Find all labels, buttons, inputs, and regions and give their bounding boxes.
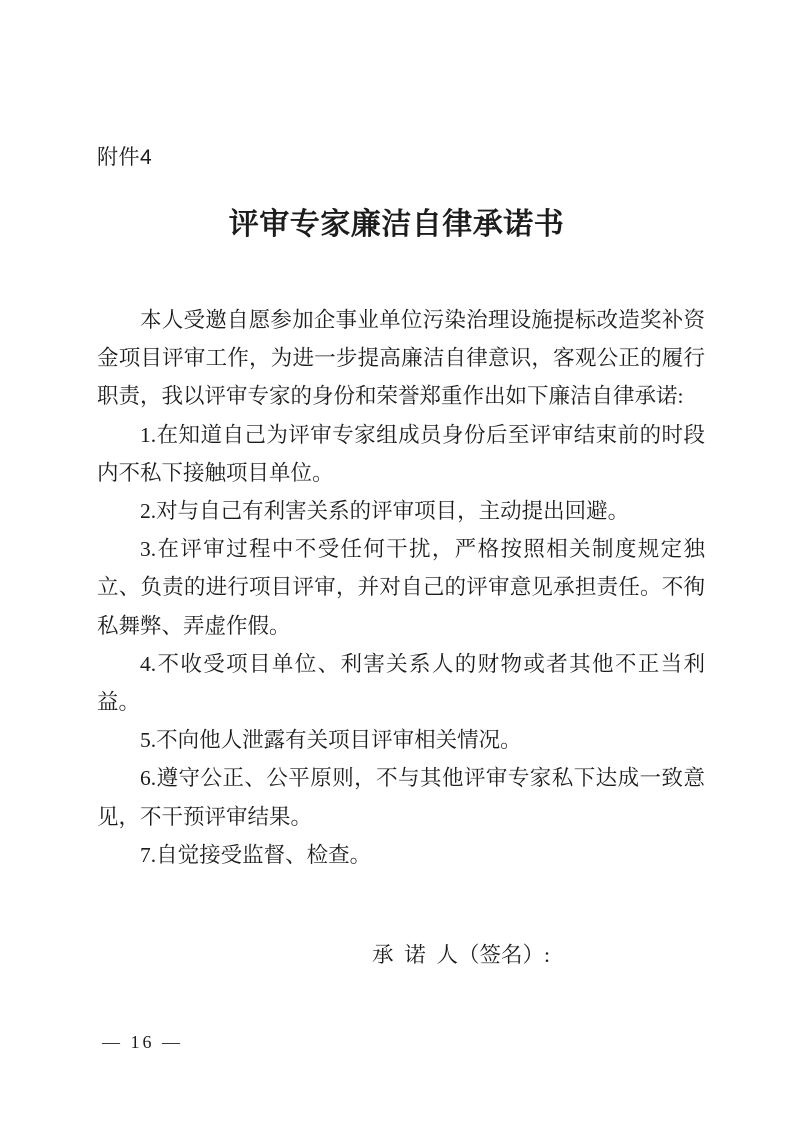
commitment-item-5: 5.不向他人泄露有关项目评审相关情况。 xyxy=(97,721,705,759)
document-title: 评审专家廉洁自律承诺书 xyxy=(0,206,793,244)
signature-line: 承 诺 人（签名）: xyxy=(372,940,550,970)
commitment-item-2: 2.对与自己有利害关系的评审项目，主动提出回避。 xyxy=(97,492,705,530)
page-number: — 16 — xyxy=(102,1029,183,1055)
commitment-item-4: 4.不收受项目单位、利害关系人的财物或者其他不正当利益。 xyxy=(97,645,705,721)
document-body: 本人受邀自愿参加企事业单位污染治理设施提标改造奖补资金项目评审工作，为进一步提高… xyxy=(97,301,705,874)
commitment-item-7: 7.自觉接受监督、检查。 xyxy=(97,836,705,874)
attachment-label: 附件4 xyxy=(97,144,152,172)
commitment-item-1: 1.在知道自己为评审专家组成员身份后至评审结束前的时段内不私下接触项目单位。 xyxy=(97,416,705,492)
document-page: 附件4 评审专家廉洁自律承诺书 本人受邀自愿参加企事业单位污染治理设施提标改造奖… xyxy=(0,0,793,1122)
commitment-item-6: 6.遵守公正、公平原则，不与其他评审专家私下达成一致意见，不干预评审结果。 xyxy=(97,759,705,835)
paragraph-intro: 本人受邀自愿参加企事业单位污染治理设施提标改造奖补资金项目评审工作，为进一步提高… xyxy=(97,301,705,416)
commitment-item-3: 3.在评审过程中不受任何干扰，严格按照相关制度规定独立、负责的进行项目评审，并对… xyxy=(97,530,705,645)
